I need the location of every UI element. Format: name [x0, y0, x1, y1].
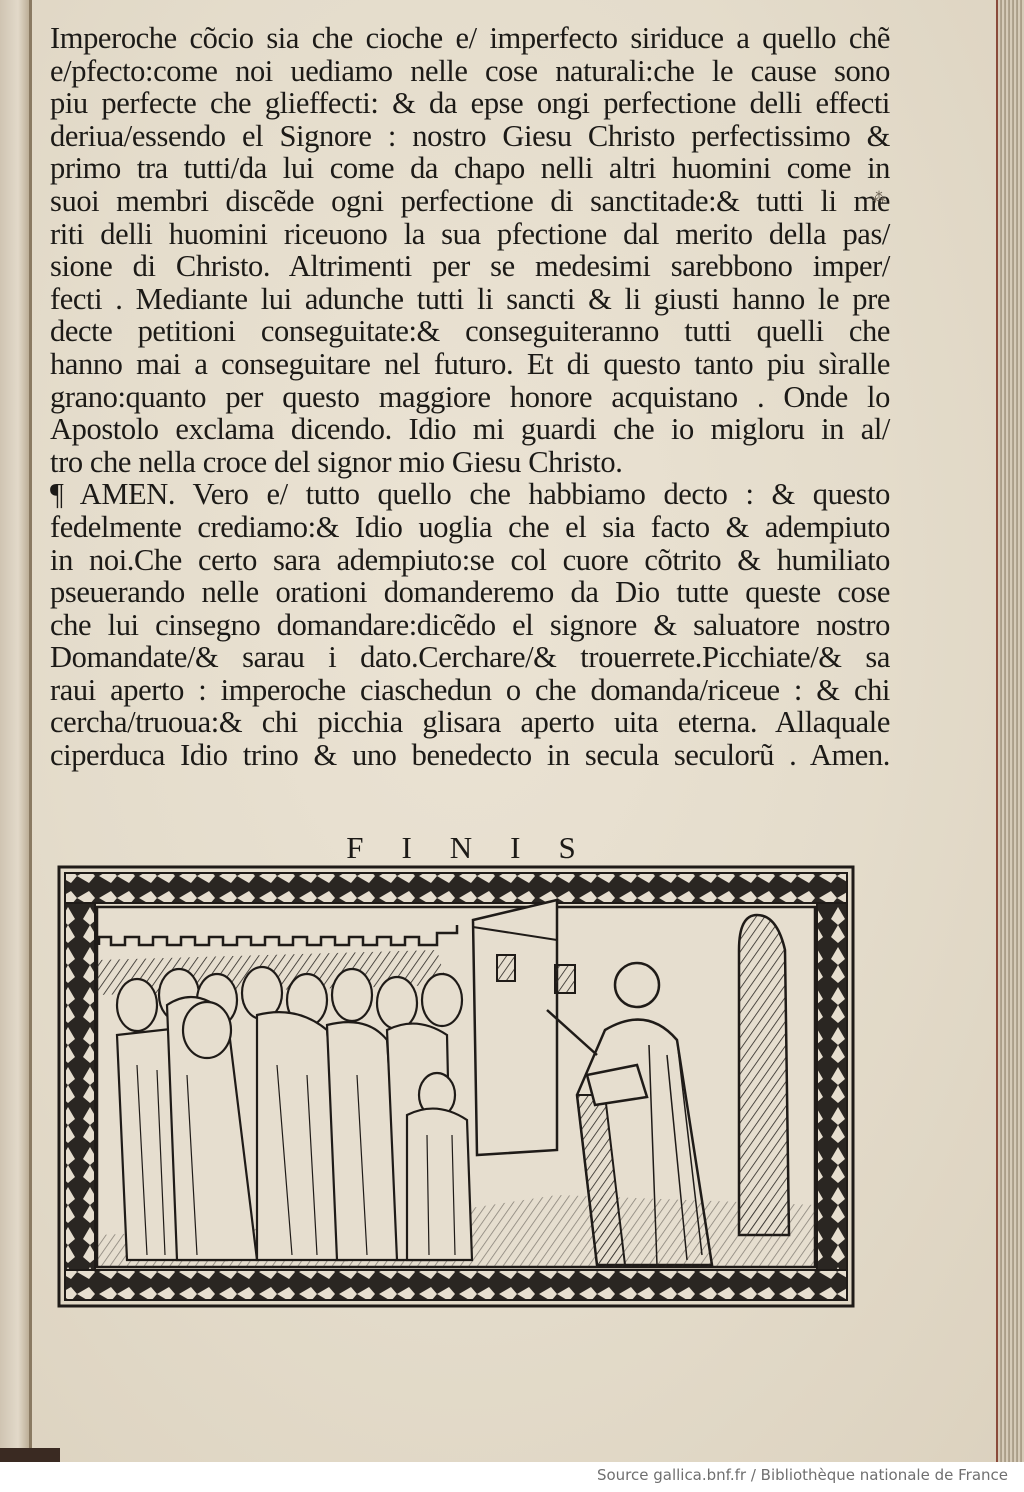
facing-page-edge	[0, 0, 30, 1462]
text-line: grano:quanto per questo maggiore honore …	[50, 381, 890, 414]
scanned-book-spread: Imperoche cõcio sia che cioche e/ imperf…	[0, 0, 1024, 1462]
woodcut-svg	[57, 865, 855, 1308]
text-line: piu perfecte che glieffecti: & da epse o…	[50, 87, 890, 120]
text-line: suoi membri discẽde ogni perfectione di …	[50, 185, 890, 218]
text-line: sione di Christo. Altrimenti per se mede…	[50, 250, 890, 283]
text-line: ¶ AMEN. Vero e/ tutto quello che habbiam…	[50, 478, 890, 511]
text-line: cercha/truoua:& chi picchia glisara aper…	[50, 706, 890, 739]
text-line: e/pfecto:come noi uediamo nelle cose nat…	[50, 55, 890, 88]
text-line: Imperoche cõcio sia che cioche e/ imperf…	[50, 22, 890, 55]
margin-mark: ⁂	[872, 190, 886, 206]
text-line: fecti . Mediante lui adunche tutti li sa…	[50, 283, 890, 316]
text-line: ciperduca Idio trino & uno benedecto in …	[50, 739, 890, 772]
text-line: Apostolo exclama dicendo. Idio mi guardi…	[50, 413, 890, 446]
text-line: decte petitioni conseguitate:& conseguit…	[50, 315, 890, 348]
finis-heading: FINIS	[50, 830, 890, 866]
text-line: in noi.Che certo sara adempiuto:se col c…	[50, 544, 890, 577]
text-line: che lui cinsegno domandare:dicẽdo el sig…	[50, 609, 890, 642]
text-line: fedelmente crediamo:& Idio uoglia che el…	[50, 511, 890, 544]
text-line: riti delli huomini riceuono la sua pfect…	[50, 218, 890, 251]
binding-shadow	[0, 1448, 60, 1462]
text-line: primo tra tutti/da lui come da chapo nel…	[50, 152, 890, 185]
text-line: deriua/essendo el Signore : nostro Giesu…	[50, 120, 890, 153]
text-line: Domandate/& sarau i dato.Cerchare/& trou…	[50, 641, 890, 674]
text-line: pseuerando nelle orationi domanderemo da…	[50, 576, 890, 609]
stacked-page-edges	[998, 0, 1024, 1462]
source-attribution: Source gallica.bnf.fr / Bibliothèque nat…	[597, 1466, 1008, 1484]
text-line: hanno mai a conseguitare nel futuro. Et …	[50, 348, 890, 381]
text-line: raui aperto : imperoche ciaschedun o che…	[50, 674, 890, 707]
text-block: Imperoche cõcio sia che cioche e/ imperf…	[50, 22, 890, 772]
woodcut-illustration	[57, 865, 855, 1308]
text-line: tro che nella croce del signor mio Giesu…	[50, 446, 890, 479]
